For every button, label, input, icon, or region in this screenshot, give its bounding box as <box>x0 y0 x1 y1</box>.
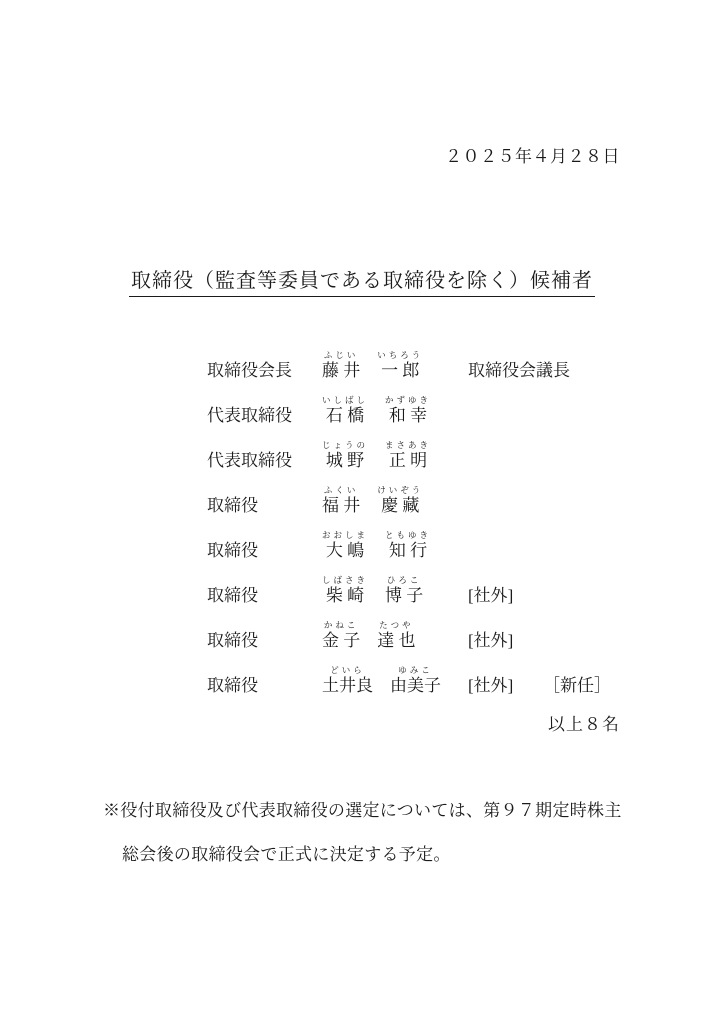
document-title: 取締役（監査等委員である取締役を除く）候補者 <box>129 264 595 297</box>
givenname-furigana: まさあき <box>385 441 431 450</box>
givenname: 一 郎 <box>381 362 419 379</box>
surname-furigana: ふじい <box>324 351 359 360</box>
givenname: 由美子 <box>390 677 441 694</box>
position-label: 取締役 <box>207 632 258 649</box>
position-label: 代表取締役 <box>207 407 292 424</box>
position-label: 取締役会長 <box>207 362 292 379</box>
candidate-name: ふくい 福 井 けいぞう 慶 藏 <box>322 486 423 515</box>
givenname-furigana: いちろう <box>377 351 423 360</box>
candidate-name: じょうの 城 野 まさあき 正 明 <box>322 441 431 470</box>
candidate-name: ふじい 藤 井 いちろう 一 郎 <box>322 351 423 380</box>
givenname-furigana: たつや <box>379 621 414 630</box>
roster-row: 取締役 しばさき 柴 崎 ひろこ 博 子 [社外] <box>0 563 724 608</box>
givenname: 慶 藏 <box>381 497 419 514</box>
total-count: 以上８名 <box>548 710 620 735</box>
document-date: ２０２５年４月２８日 <box>445 142 620 167</box>
givenname-group: けいぞう 慶 藏 <box>377 486 423 515</box>
givenname-group: ともゆき 知 行 <box>385 531 431 560</box>
givenname: 知 行 <box>389 542 427 559</box>
roster-row: 代表取締役 じょうの 城 野 まさあき 正 明 <box>0 428 724 473</box>
surname: 藤 井 <box>322 362 360 379</box>
footnote-line-1: ※役付取締役及び代表取締役の選定については、第９７期定時株主 <box>103 796 622 821</box>
surname: 福 井 <box>322 497 360 514</box>
surname-group: じょうの 城 野 <box>322 441 368 470</box>
givenname-group: たつや 達 也 <box>377 621 415 650</box>
position-label: 取締役 <box>207 587 258 604</box>
title-container: 取締役（監査等委員である取締役を除く）候補者 <box>0 264 724 297</box>
surname-group: かねこ 金 子 <box>322 621 360 650</box>
surname: 金 子 <box>322 632 360 649</box>
givenname-furigana: かずゆき <box>385 396 431 405</box>
surname: 石 橋 <box>326 407 364 424</box>
surname-group: しばさき 柴 崎 <box>322 576 368 605</box>
givenname: 正 明 <box>389 452 427 469</box>
surname-furigana: いしばし <box>322 396 368 405</box>
role-note: [社外] <box>468 632 513 649</box>
candidate-name: しばさき 柴 崎 ひろこ 博 子 <box>322 576 423 605</box>
givenname-furigana: ひろこ <box>387 576 422 585</box>
surname-group: ふじい 藤 井 <box>322 351 360 380</box>
roster-row: 取締役 おおしま 大 嶋 ともゆき 知 行 <box>0 518 724 563</box>
givenname-group: ゆみこ 由美子 <box>390 666 441 695</box>
candidate-name: どいら 土井良 ゆみこ 由美子 <box>322 666 441 695</box>
surname-group: どいら 土井良 <box>322 666 373 695</box>
position-label: 代表取締役 <box>207 452 292 469</box>
surname-furigana: おおしま <box>322 531 368 540</box>
role-note: [社外] <box>468 587 513 604</box>
surname-furigana: しばさき <box>322 576 368 585</box>
surname-group: おおしま 大 嶋 <box>322 531 368 560</box>
givenname: 和 幸 <box>389 407 427 424</box>
givenname-furigana: ゆみこ <box>398 666 433 675</box>
givenname-furigana: ともゆき <box>385 531 431 540</box>
roster-row: 取締役会長 ふじい 藤 井 いちろう 一 郎 取締役会議長 <box>0 338 724 383</box>
footnote-line-2: 総会後の取締役会で正式に決定する予定。 <box>122 840 451 865</box>
candidate-roster: 取締役会長 ふじい 藤 井 いちろう 一 郎 取締役会議長 代表取締役 いしばし… <box>0 338 724 710</box>
candidate-name: おおしま 大 嶋 ともゆき 知 行 <box>322 531 431 560</box>
givenname-furigana: けいぞう <box>377 486 423 495</box>
givenname: 達 也 <box>377 632 415 649</box>
status-note: ［新任］ <box>543 677 611 694</box>
position-label: 取締役 <box>207 677 258 694</box>
surname-furigana: どいら <box>330 666 365 675</box>
roster-row: 取締役 ふくい 福 井 けいぞう 慶 藏 <box>0 473 724 518</box>
position-label: 取締役 <box>207 497 258 514</box>
role-note: 取締役会議長 <box>468 362 570 379</box>
surname: 城 野 <box>326 452 364 469</box>
surname-furigana: じょうの <box>322 441 368 450</box>
surname: 大 嶋 <box>326 542 364 559</box>
surname: 土井良 <box>322 677 373 694</box>
position-label: 取締役 <box>207 542 258 559</box>
surname-furigana: ふくい <box>324 486 359 495</box>
surname-furigana: かねこ <box>324 621 359 630</box>
roster-row: 代表取締役 いしばし 石 橋 かずゆき 和 幸 <box>0 383 724 428</box>
surname-group: いしばし 石 橋 <box>322 396 368 425</box>
surname: 柴 崎 <box>326 587 364 604</box>
roster-row: 取締役 どいら 土井良 ゆみこ 由美子 [社外] ［新任］ <box>0 653 724 698</box>
givenname: 博 子 <box>385 587 423 604</box>
givenname-group: まさあき 正 明 <box>385 441 431 470</box>
candidate-name: いしばし 石 橋 かずゆき 和 幸 <box>322 396 431 425</box>
role-note: [社外] <box>468 677 513 694</box>
document-page: ２０２５年４月２８日 取締役（監査等委員である取締役を除く）候補者 取締役会長 … <box>0 0 724 1024</box>
givenname-group: ひろこ 博 子 <box>385 576 423 605</box>
givenname-group: いちろう 一 郎 <box>377 351 423 380</box>
candidate-name: かねこ 金 子 たつや 達 也 <box>322 621 416 650</box>
givenname-group: かずゆき 和 幸 <box>385 396 431 425</box>
roster-row: 取締役 かねこ 金 子 たつや 達 也 [社外] <box>0 608 724 653</box>
surname-group: ふくい 福 井 <box>322 486 360 515</box>
